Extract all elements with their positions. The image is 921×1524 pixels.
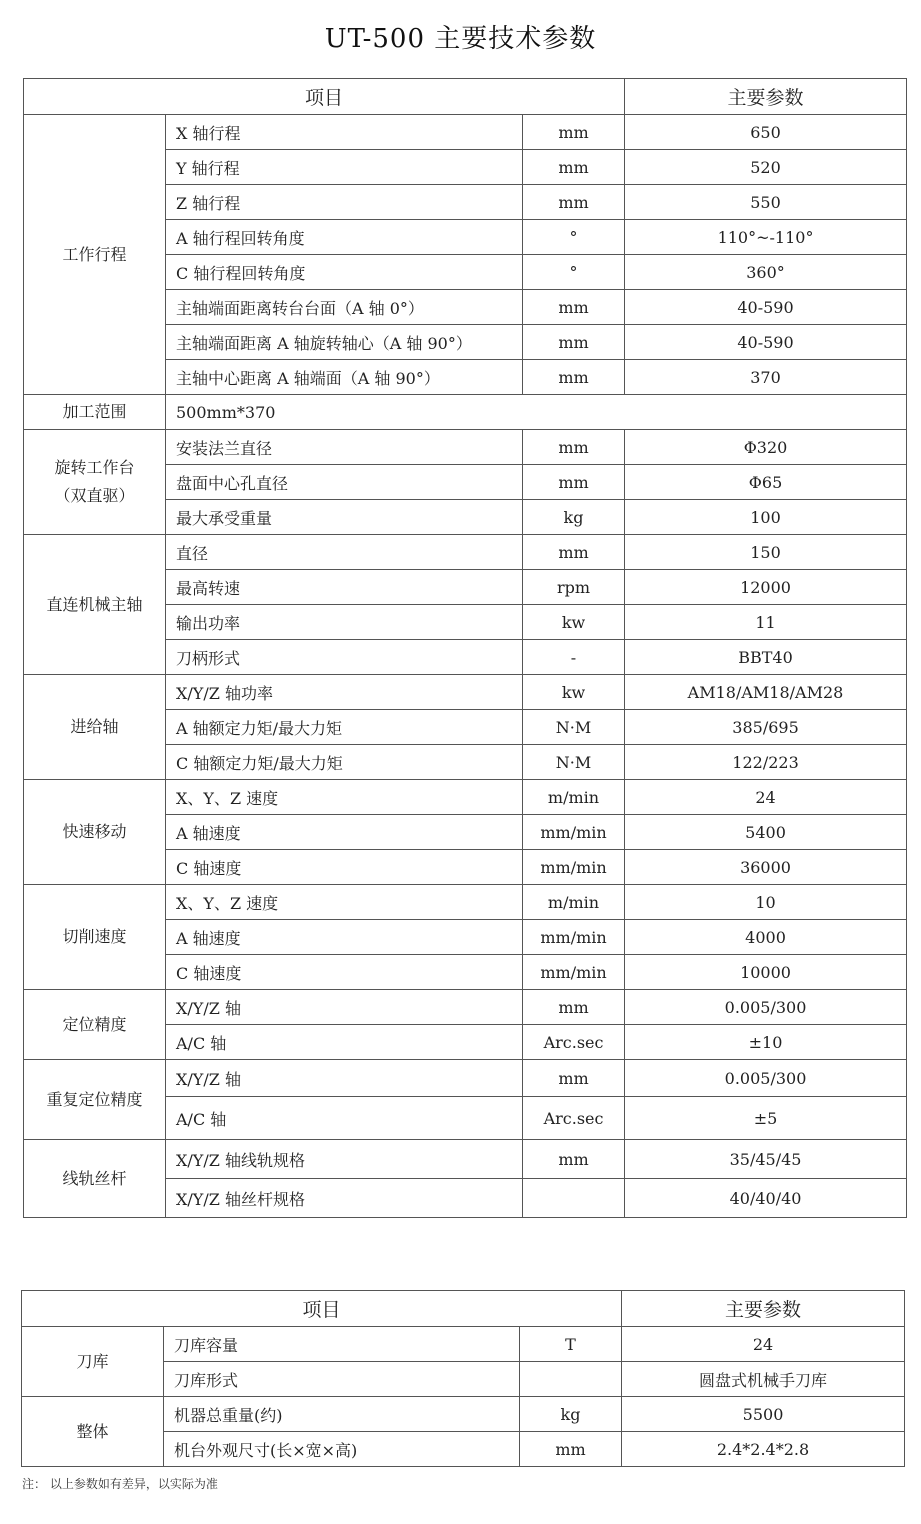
item-label: 盘面中心孔直径 <box>166 465 523 500</box>
unit: mm/min <box>523 920 625 955</box>
value: 10 <box>625 885 907 920</box>
value: Φ320 <box>625 430 907 465</box>
value: 40-590 <box>625 290 907 325</box>
value: Φ65 <box>625 465 907 500</box>
table-row: 进给轴 X/Y/Z 轴功率 kw AM18/AM18/AM28 <box>24 675 907 710</box>
group-label: 线轨丝杆 <box>24 1140 166 1218</box>
group-label: 快速移动 <box>24 780 166 885</box>
value: 370 <box>625 360 907 395</box>
value: 0.005/300 <box>625 990 907 1025</box>
unit: ° <box>523 255 625 290</box>
item-label: X/Y/Z 轴丝杆规格 <box>166 1179 523 1218</box>
item-label: X/Y/Z 轴 <box>166 1060 523 1097</box>
item-label: Y 轴行程 <box>166 150 523 185</box>
item-label: X/Y/Z 轴 <box>166 990 523 1025</box>
unit: kg <box>523 500 625 535</box>
unit: Arc.sec <box>523 1025 625 1060</box>
unit: mm <box>523 465 625 500</box>
value: BBT40 <box>625 640 907 675</box>
unit: kw <box>523 605 625 640</box>
item-label: X、Y、Z 速度 <box>166 885 523 920</box>
item-label: 安装法兰直径 <box>166 430 523 465</box>
group-label: 工作行程 <box>24 115 166 395</box>
value: 122/223 <box>625 745 907 780</box>
value: 12000 <box>625 570 907 605</box>
value: 520 <box>625 150 907 185</box>
unit <box>520 1362 622 1397</box>
table-row: 线轨丝杆 X/Y/Z 轴线轨规格 mm 35/45/45 <box>24 1140 907 1179</box>
value: 40-590 <box>625 325 907 360</box>
unit: - <box>523 640 625 675</box>
item-label: A/C 轴 <box>166 1025 523 1060</box>
value: 圆盘式机械手刀库 <box>622 1362 905 1397</box>
item-label: C 轴行程回转角度 <box>166 255 523 290</box>
value: 24 <box>622 1327 905 1362</box>
item-label: X/Y/Z 轴功率 <box>166 675 523 710</box>
table-row: 工作行程 X 轴行程 mm 650 <box>24 115 907 150</box>
group-label-line1: 旋转工作台 <box>24 454 165 482</box>
unit: mm <box>523 535 625 570</box>
value: 110°~-110° <box>625 220 907 255</box>
table-row: 直连机械主轴 直径 mm 150 <box>24 535 907 570</box>
header-value: 主要参数 <box>625 79 907 115</box>
item-label: 主轴端面距离 A 轴旋转轴心（A 轴 90°） <box>166 325 523 360</box>
table-row: 加工范围 500mm*370 <box>24 395 907 430</box>
item-label: 机器总重量(约) <box>164 1397 520 1432</box>
table-header-row: 项目 主要参数 <box>22 1291 905 1327</box>
group-label: 加工范围 <box>24 395 166 430</box>
item-label: 刀柄形式 <box>166 640 523 675</box>
unit: mm <box>523 290 625 325</box>
unit: mm/min <box>523 955 625 990</box>
unit: mm/min <box>523 815 625 850</box>
group-label: 刀库 <box>22 1327 164 1397</box>
spec-table-main: 项目 主要参数 工作行程 X 轴行程 mm 650 Y 轴行程 mm 520 Z… <box>23 78 907 1218</box>
unit: mm <box>523 115 625 150</box>
item-label: 最大承受重量 <box>166 500 523 535</box>
table-header-row: 项目 主要参数 <box>24 79 907 115</box>
value: 40/40/40 <box>625 1179 907 1218</box>
table-row: 定位精度 X/Y/Z 轴 mm 0.005/300 <box>24 990 907 1025</box>
unit: N·M <box>523 710 625 745</box>
unit: mm <box>523 360 625 395</box>
item-label: A 轴速度 <box>166 920 523 955</box>
range-value: 500mm*370 <box>166 395 907 430</box>
unit: T <box>520 1327 622 1362</box>
page-title: UT-500 主要技术参数 <box>0 18 921 55</box>
unit: mm <box>523 325 625 360</box>
value: 4000 <box>625 920 907 955</box>
unit: mm <box>523 185 625 220</box>
group-label: 整体 <box>22 1397 164 1467</box>
header-item: 项目 <box>24 79 625 115</box>
group-label-line2: （双直驱） <box>24 482 165 510</box>
unit: ° <box>523 220 625 255</box>
item-label: A/C 轴 <box>166 1097 523 1140</box>
header-value: 主要参数 <box>622 1291 905 1327</box>
item-label: 输出功率 <box>166 605 523 640</box>
table-row: 整体 机器总重量(约) kg 5500 <box>22 1397 905 1432</box>
item-label: 机台外观尺寸(长×宽×高) <box>164 1432 520 1467</box>
group-label: 定位精度 <box>24 990 166 1060</box>
value: 11 <box>625 605 907 640</box>
unit: m/min <box>523 780 625 815</box>
unit: mm <box>523 150 625 185</box>
group-label: 直连机械主轴 <box>24 535 166 675</box>
value: 5400 <box>625 815 907 850</box>
unit: mm <box>520 1432 622 1467</box>
value: 100 <box>625 500 907 535</box>
item-label: A 轴额定力矩/最大力矩 <box>166 710 523 745</box>
value: 24 <box>625 780 907 815</box>
group-label: 进给轴 <box>24 675 166 780</box>
value: 650 <box>625 115 907 150</box>
unit: N·M <box>523 745 625 780</box>
table-row: 快速移动 X、Y、Z 速度 m/min 24 <box>24 780 907 815</box>
header-item: 项目 <box>22 1291 622 1327</box>
item-label: C 轴速度 <box>166 850 523 885</box>
unit: kg <box>520 1397 622 1432</box>
item-label: C 轴额定力矩/最大力矩 <box>166 745 523 780</box>
value: 35/45/45 <box>625 1140 907 1179</box>
value: 360° <box>625 255 907 290</box>
item-label: A 轴速度 <box>166 815 523 850</box>
value: ±5 <box>625 1097 907 1140</box>
value: 10000 <box>625 955 907 990</box>
table-row: 重复定位精度 X/Y/Z 轴 mm 0.005/300 <box>24 1060 907 1097</box>
item-label: 刀库容量 <box>164 1327 520 1362</box>
value: 0.005/300 <box>625 1060 907 1097</box>
item-label: X/Y/Z 轴线轨规格 <box>166 1140 523 1179</box>
unit: m/min <box>523 885 625 920</box>
value: AM18/AM18/AM28 <box>625 675 907 710</box>
value: 385/695 <box>625 710 907 745</box>
item-label: 主轴中心距离 A 轴端面（A 轴 90°） <box>166 360 523 395</box>
value: ±10 <box>625 1025 907 1060</box>
value: 36000 <box>625 850 907 885</box>
unit: mm <box>523 990 625 1025</box>
item-label: X 轴行程 <box>166 115 523 150</box>
table-row: 刀库 刀库容量 T 24 <box>22 1327 905 1362</box>
item-label: C 轴速度 <box>166 955 523 990</box>
value: 150 <box>625 535 907 570</box>
unit: mm <box>523 1060 625 1097</box>
item-label: 直径 <box>166 535 523 570</box>
value: 5500 <box>622 1397 905 1432</box>
group-label: 旋转工作台 （双直驱） <box>24 430 166 535</box>
unit: rpm <box>523 570 625 605</box>
item-label: Z 轴行程 <box>166 185 523 220</box>
item-label: 刀库形式 <box>164 1362 520 1397</box>
unit: mm <box>523 430 625 465</box>
unit: kw <box>523 675 625 710</box>
value: 2.4*2.4*2.8 <box>622 1432 905 1467</box>
table-row: 切削速度 X、Y、Z 速度 m/min 10 <box>24 885 907 920</box>
unit: mm <box>523 1140 625 1179</box>
footnote: 注： 以上参数如有差异，以实际为准 <box>22 1475 218 1492</box>
item-label: A 轴行程回转角度 <box>166 220 523 255</box>
table-row: 旋转工作台 （双直驱） 安装法兰直径 mm Φ320 <box>24 430 907 465</box>
group-label: 重复定位精度 <box>24 1060 166 1140</box>
group-label: 切削速度 <box>24 885 166 990</box>
spec-table-secondary: 项目 主要参数 刀库 刀库容量 T 24 刀库形式 圆盘式机械手刀库 整体 机器… <box>21 1290 905 1467</box>
unit <box>523 1179 625 1218</box>
value: 550 <box>625 185 907 220</box>
item-label: 最高转速 <box>166 570 523 605</box>
unit: mm/min <box>523 850 625 885</box>
item-label: X、Y、Z 速度 <box>166 780 523 815</box>
item-label: 主轴端面距离转台台面（A 轴 0°） <box>166 290 523 325</box>
unit: Arc.sec <box>523 1097 625 1140</box>
